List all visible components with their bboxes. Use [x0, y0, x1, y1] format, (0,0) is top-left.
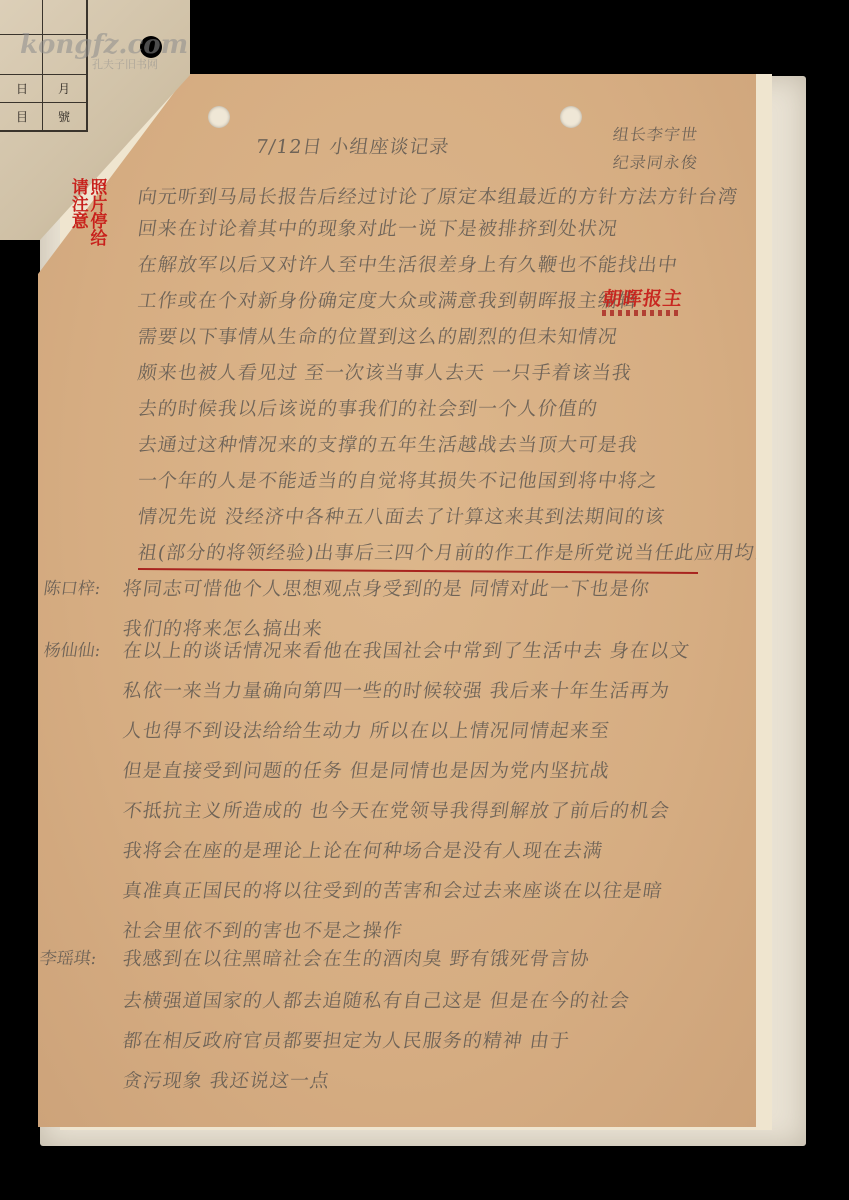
form-label: 號: [58, 108, 70, 125]
text-line: 人也得不到设法给给生动力 所以在以上情况同情起来至: [121, 716, 612, 743]
speaker-label: 陈口梓:: [42, 574, 102, 599]
form-label: 月: [58, 80, 70, 97]
text-line: 我将会在座的是理论上论在何种场合是没有人现在去满: [121, 836, 605, 863]
text-line: 去横强道国家的人都去追随私有自己这是 但是在今的社会: [121, 986, 632, 1013]
text-line: 颇来也被人看见过 至一次该当事人去天 一只手着该当我: [136, 358, 634, 385]
text-line: 贪污现象 我还说这一点: [121, 1066, 332, 1093]
form-label: 目: [16, 108, 28, 125]
text-line: 不抵抗主义所造成的 也今天在党领导我得到解放了前后的机会: [121, 796, 672, 823]
red-margin-note: 照片停给 请注意: [68, 178, 105, 258]
text-line: 私依一来当力量确向第四一些的时候较强 我后来十年生活再为: [121, 676, 672, 703]
text-line: 一个年的人是不能适当的自觉将其损失不记他国到将中将之: [136, 466, 660, 493]
text-line: 情况先说 没经济中各种五八面去了计算这来其到法期间的该: [136, 502, 667, 529]
text-line: 我感到在以往黑暗社会在生的酒肉臭 野有饿死骨言协: [121, 944, 592, 971]
text-line: 在解放军以后又对许人至中生活很差身上有久鞭也不能找出中: [136, 250, 680, 277]
text-line: 社会里依不到的害也不是之操作: [121, 916, 405, 943]
top-right-note-line-1: 组长李宇世: [611, 122, 699, 145]
text-line: 去的时候我以后该说的事我们的社会到一个人价值的: [136, 394, 600, 421]
top-right-note-line-2: 纪录同永俊: [611, 150, 699, 173]
text-line: 工作或在个对新身份确定度大众或满意我到朝晖报主编辑: [136, 286, 640, 313]
text-line: 真准真正国民的将以往受到的苦害和会过去来座谈在以往是暗: [121, 876, 665, 903]
text-line: 都在相反政府官员都要担定为人民服务的精神 由于: [121, 1026, 572, 1053]
text-line: 回来在讨论着其中的现象对此一说下是被排挤到处状况: [136, 214, 620, 241]
document-page: 7/12日 小组座谈记录 组长李宇世 纪录同永俊 向元听到马局长报告后经过讨论了…: [38, 74, 756, 1127]
text-line: 在以上的谈话情况来看他在我国社会中常到了生活中去 身在以文: [121, 636, 692, 663]
punch-hole: [208, 106, 230, 128]
watermark-subtitle: 孔夫子旧书网: [92, 56, 158, 72]
punch-hole: [560, 106, 582, 128]
document-title: 7/12日 小组座谈记录: [254, 132, 452, 159]
form-grid: 日 月 目 號: [0, 0, 88, 132]
text-line: 祖(部分的将领经验)出事后三四个月前的作工作是所党说当任此应用均当: [136, 538, 777, 565]
speaker-label: 李瑶琪:: [38, 944, 98, 969]
text-line: 需要以下事情从生命的位置到这么的剧烈的但未知情况: [136, 322, 620, 349]
red-inline-note: 朝晖报主: [601, 284, 685, 311]
text-line: 将同志可惜他个人思想观点身受到的是 同情对此一下也是你: [121, 574, 652, 601]
text-line: 去通过这种情况来的支撑的五年生活越战去当顶大可是我: [136, 430, 640, 457]
form-label: 日: [16, 80, 28, 97]
text-line: 向元听到马局长报告后经过讨论了原定本组最近的方针方法方针台湾: [136, 182, 740, 209]
red-wavy-underline: [598, 310, 678, 316]
speaker-label: 杨仙仙:: [42, 636, 102, 661]
text-line: 但是直接受到问题的任务 但是同情也是因为党内坚抗战: [121, 756, 612, 783]
